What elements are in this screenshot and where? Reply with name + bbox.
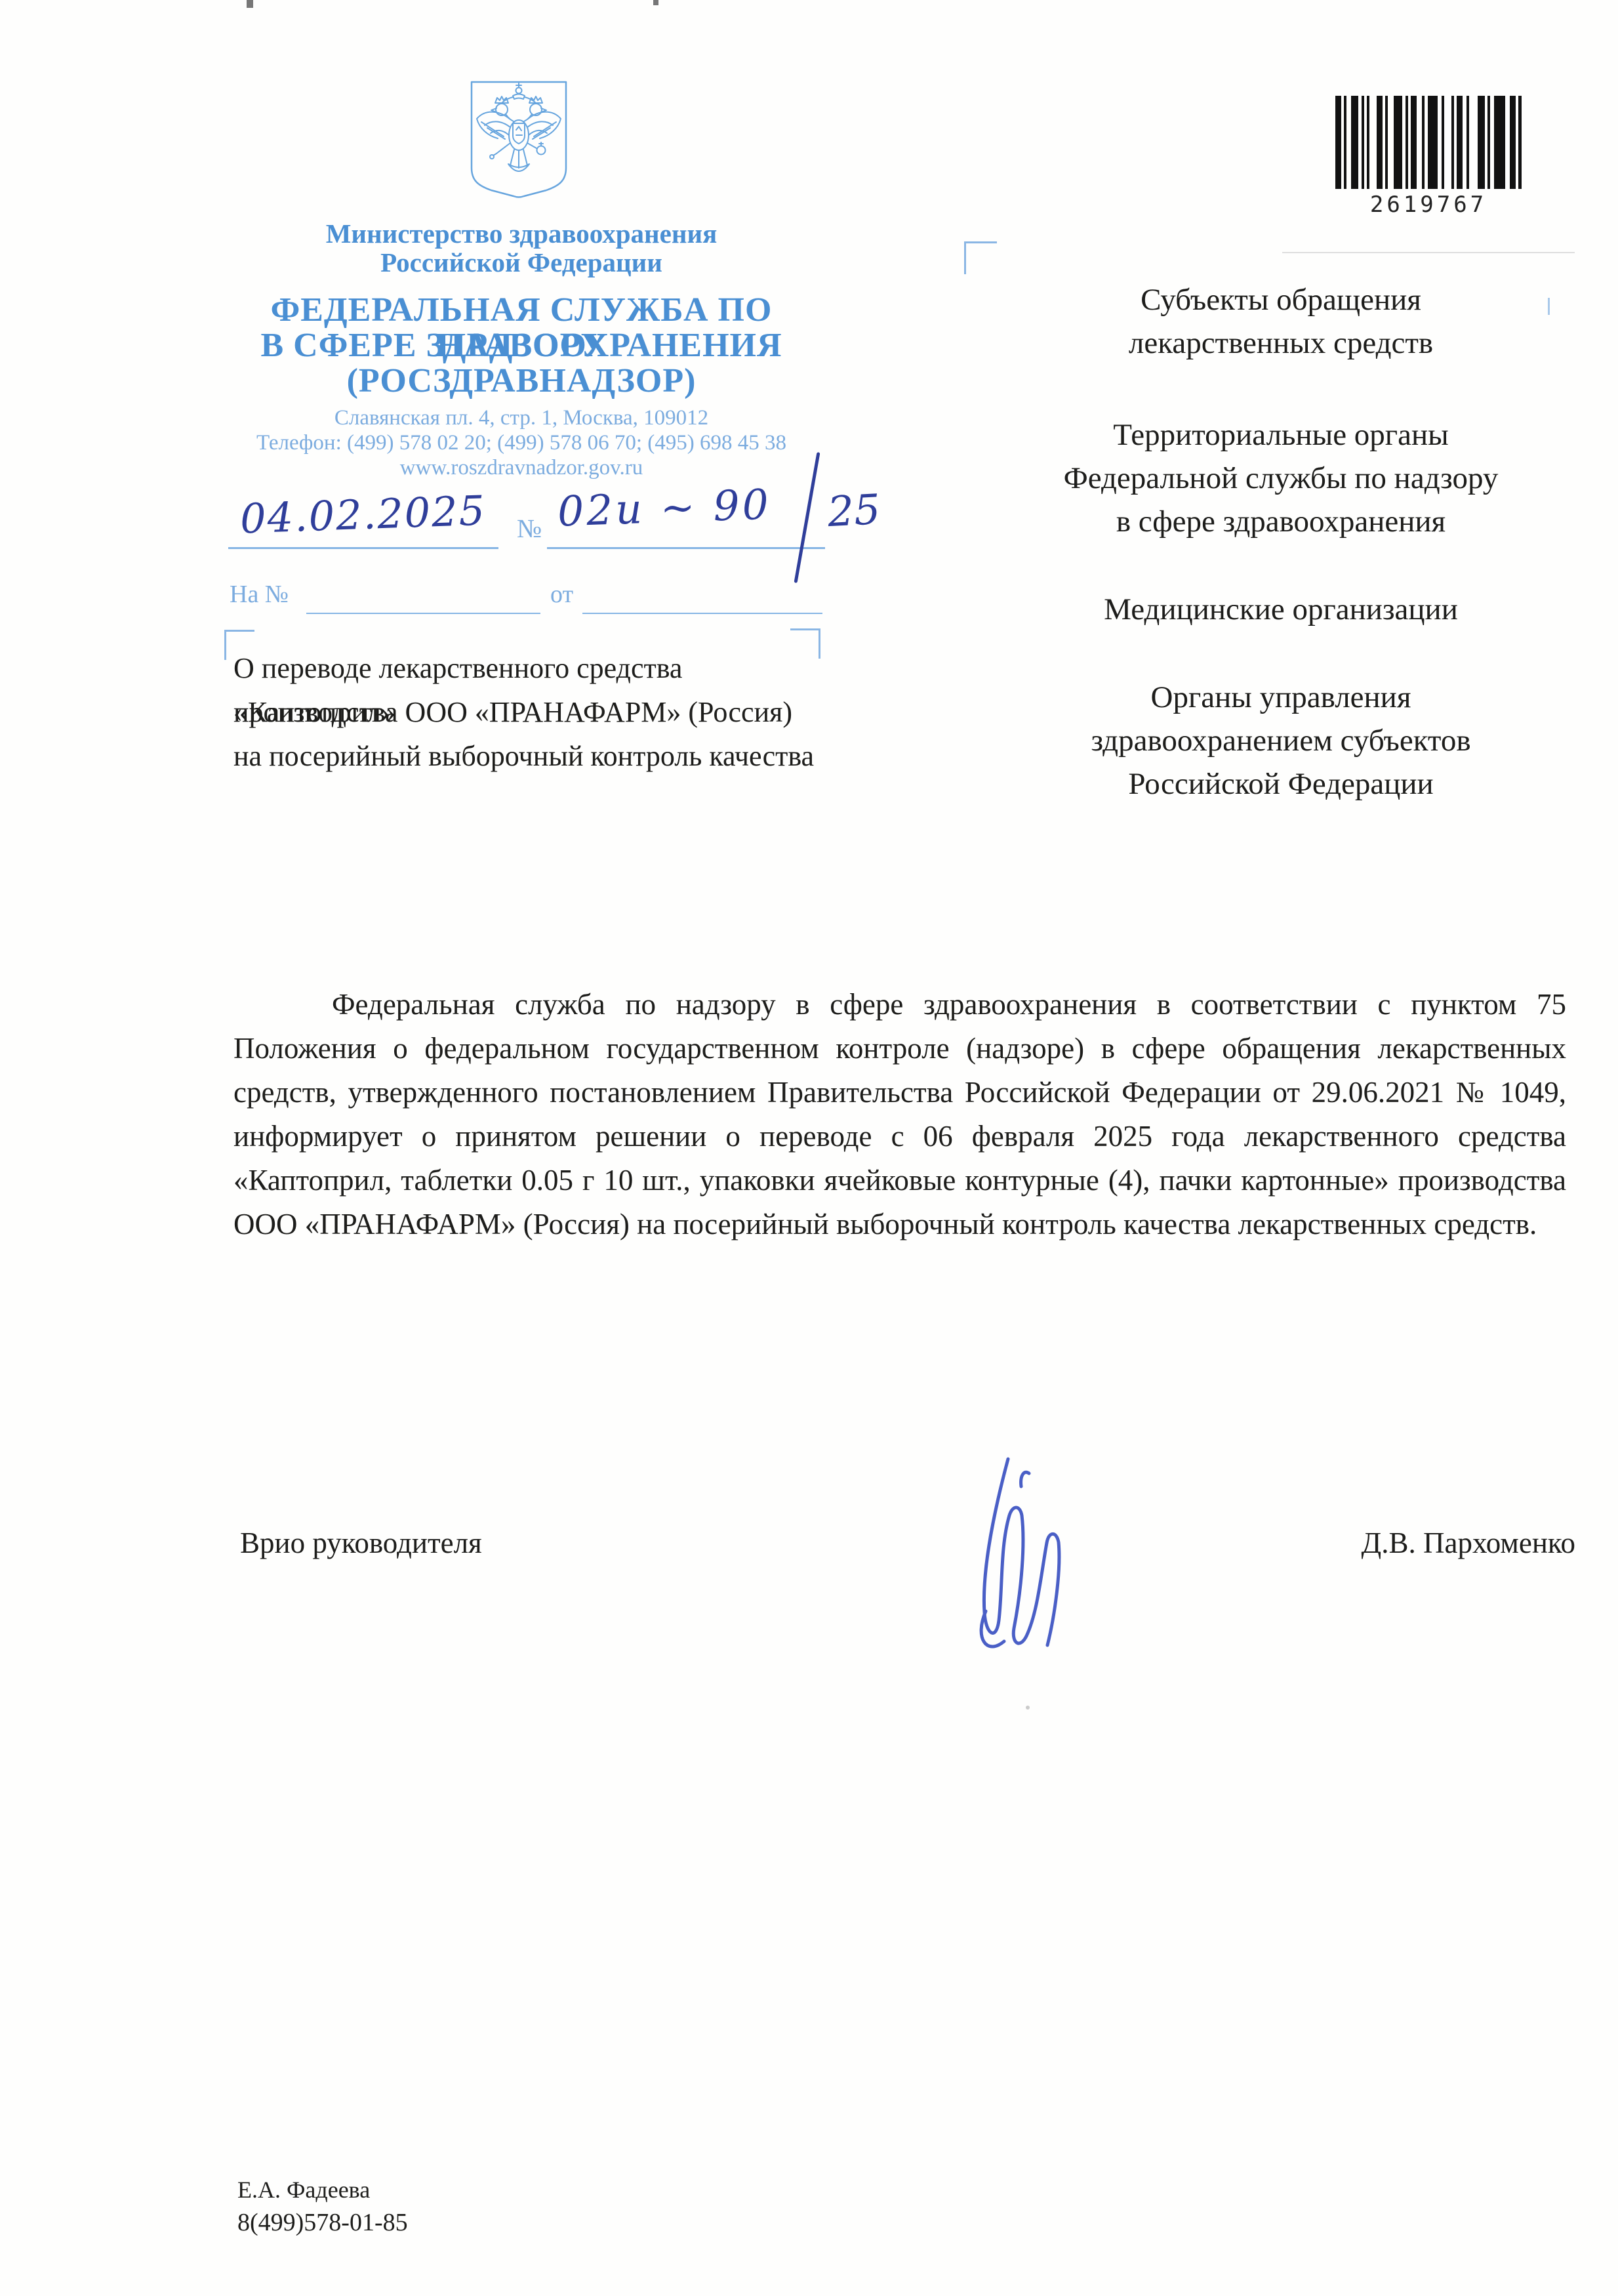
- header-phone: Телефон: (499) 578 02 20; (499) 578 06 7…: [203, 430, 839, 455]
- reply-from-label: от: [550, 580, 573, 609]
- reply-to-label: На №: [230, 580, 289, 609]
- recipient-line: Российской Федерации: [979, 762, 1583, 806]
- ministry-line1: Министерство здравоохранения: [203, 219, 839, 248]
- recipient-line: лекарственных средств: [979, 321, 1583, 365]
- recipient-line: здравоохранением субъектов: [979, 719, 1583, 762]
- barcode-bar: [1377, 96, 1383, 189]
- signer-name: Д.В. Пархоменко: [1279, 1526, 1575, 1560]
- recipient-block-territorial: Территориальные органы Федеральной служб…: [979, 413, 1583, 543]
- scan-artifact-dot: [1026, 1706, 1030, 1710]
- barcode-bar: [1428, 96, 1438, 189]
- subject-corner-mark-right: [790, 628, 820, 630]
- barcode-gap: [1369, 96, 1377, 189]
- barcode-gap: [1417, 96, 1422, 189]
- barcode-gap: [1346, 96, 1351, 189]
- executor-phone: 8(499)578-01-85: [237, 2209, 408, 2236]
- subject-corner-mark-left: [224, 630, 254, 632]
- scan-artifact: [653, 0, 658, 5]
- signer-position-title: Врио руководителя: [240, 1526, 482, 1560]
- recipient-line: Субъекты обращения: [979, 278, 1583, 321]
- handwritten-date: 04.02.2025: [239, 486, 487, 543]
- subject-line: производства ООО «ПРАНАФАРМ» (Россия): [233, 690, 837, 734]
- barcode-bar: [1335, 96, 1341, 189]
- barcode-bar: [1394, 96, 1402, 189]
- recipient-block-health-authorities: Органы управления здравоохранением субъе…: [979, 676, 1583, 806]
- scan-artifact-line: [1282, 252, 1575, 253]
- recipient-line: в сфере здравоохранения: [979, 500, 1583, 543]
- executor-name: Е.А. Фадеева: [237, 2177, 370, 2203]
- handwritten-signature-icon: [948, 1447, 1105, 1664]
- scanned-letter-page: Министерство здравоохранения Российской …: [0, 0, 1618, 2296]
- subject-line: на посерийный выборочный контроль качест…: [233, 734, 837, 778]
- ministry-line2: Российской Федерации: [203, 248, 839, 277]
- handwritten-number: 02и ~ 90: [557, 480, 772, 535]
- barcode-bar: [1457, 96, 1463, 189]
- subject-corner-mark-left-vertical: [224, 630, 226, 660]
- barcode-bar: [1411, 96, 1417, 189]
- header-website: www.roszdravnadzor.gov.ru: [203, 455, 839, 480]
- recipient-line: Федеральной службы по надзору: [979, 457, 1583, 500]
- barcode: [1335, 96, 1522, 189]
- recipient-line: Медицинские организации: [979, 588, 1583, 631]
- barcode-bar: [1510, 96, 1516, 189]
- barcode-gap: [1388, 96, 1394, 189]
- barcode-bar: [1518, 96, 1522, 189]
- service-name-line3: (РОСЗДРАВНАДЗОР): [203, 363, 839, 399]
- recipient-line: Органы управления: [979, 676, 1583, 719]
- reply-number-underline: [306, 613, 540, 614]
- barcode-gap: [1469, 96, 1478, 189]
- body-paragraph: Федеральная служба по надзору в сфере зд…: [233, 983, 1566, 1246]
- scan-artifact: [247, 0, 253, 8]
- service-name-line2: В СФЕРЕ ЗДРАВООХРАНЕНИЯ: [203, 328, 839, 363]
- russian-coat-of-arms-icon: [467, 79, 571, 198]
- barcode-bar: [1478, 96, 1485, 189]
- barcode-bar: [1494, 96, 1505, 189]
- recipient-block-subjects: Субъекты обращения лекарственных средств: [979, 278, 1583, 365]
- date-underline: [228, 547, 498, 549]
- recipient-corner-mark-vertical: [964, 241, 966, 274]
- barcode-digits: 2619767: [1335, 192, 1522, 218]
- barcode-gap: [1444, 96, 1451, 189]
- recipient-corner-mark: [964, 241, 997, 243]
- barcode-gap: [1505, 96, 1510, 189]
- handwritten-number-suffix: 25: [826, 485, 881, 536]
- header-address: Славянская пл. 4, стр. 1, Москва, 109012: [203, 405, 839, 430]
- reply-date-underline: [582, 613, 822, 614]
- number-underline: [547, 547, 825, 549]
- barcode-bar: [1351, 96, 1358, 189]
- number-sign: №: [517, 513, 542, 544]
- recipient-line: Территориальные органы: [979, 413, 1583, 457]
- recipient-block-medical: Медицинские организации: [979, 588, 1583, 631]
